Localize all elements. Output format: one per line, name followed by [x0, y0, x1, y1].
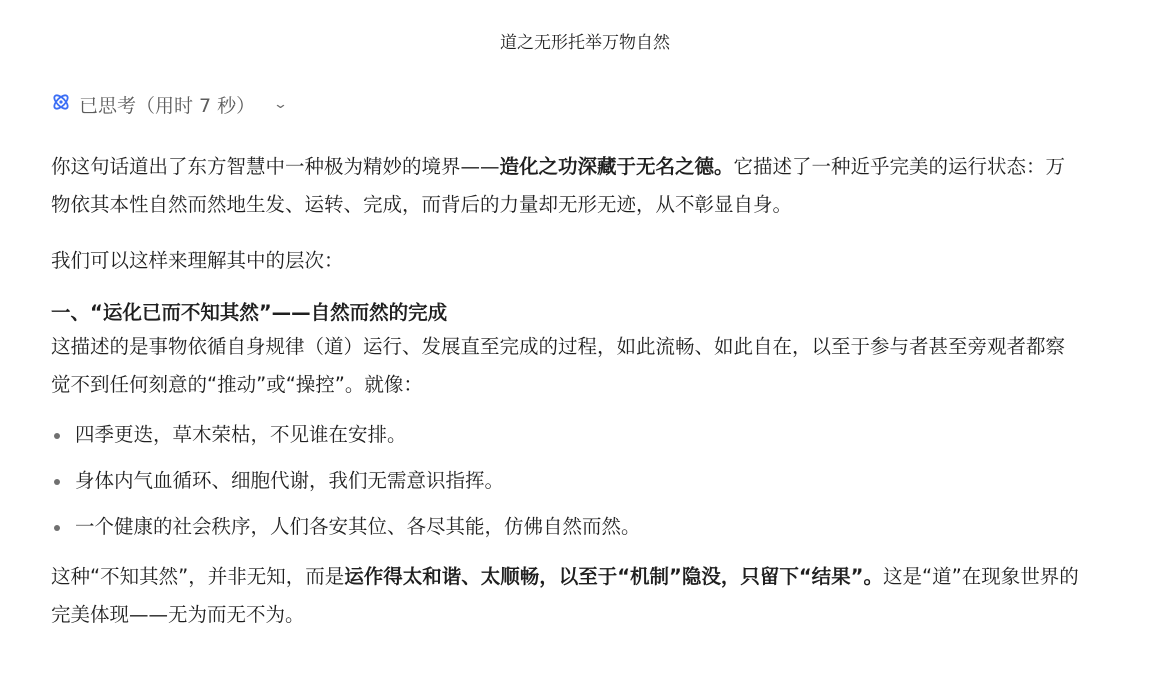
- paragraph-layers: 我们可以这样来理解其中的层次：: [51, 242, 1081, 280]
- section-heading: 一、“运化已而不知其然”——自然而然的完成: [51, 298, 1081, 328]
- chevron-down-icon: ⌄: [273, 97, 288, 112]
- list-item: 身体内气血循环、细胞代谢，我们无需意识指挥。: [51, 466, 1081, 496]
- response-content: 你这句话道出了东方智慧中一种极为精妙的境界——造化之功深藏于无名之德。它描述了一…: [51, 148, 1081, 634]
- section-body: 这描述的是事物依循自身规律（道）运行、发展直至完成的过程，如此流畅、如此自在，以…: [51, 328, 1081, 404]
- paragraph-conclusion: 这种“不知其然”，并非无知，而是运作得太和谐、太顺畅，以至于“机制”隐没，只留下…: [51, 558, 1081, 634]
- list-item: 一个健康的社会秩序，人们各安其位、各尽其能，仿佛自然而然。: [51, 512, 1081, 542]
- paragraph-intro: 你这句话道出了东方智慧中一种极为精妙的境界——造化之功深藏于无名之德。它描述了一…: [51, 148, 1081, 224]
- list-item: 四季更迭，草木荣枯，不见谁在安排。: [51, 420, 1081, 450]
- conversation-title: 道之无形托举万物自然: [0, 28, 1170, 53]
- example-list: 四季更迭，草木荣枯，不见谁在安排。 身体内气血循环、细胞代谢，我们无需意识指挥。…: [51, 420, 1081, 542]
- thinking-toggle[interactable]: 已思考（用时 7 秒） ⌄: [51, 91, 286, 118]
- thinking-label: 已思考（用时 7 秒）: [79, 91, 255, 118]
- atom-icon: [51, 92, 71, 117]
